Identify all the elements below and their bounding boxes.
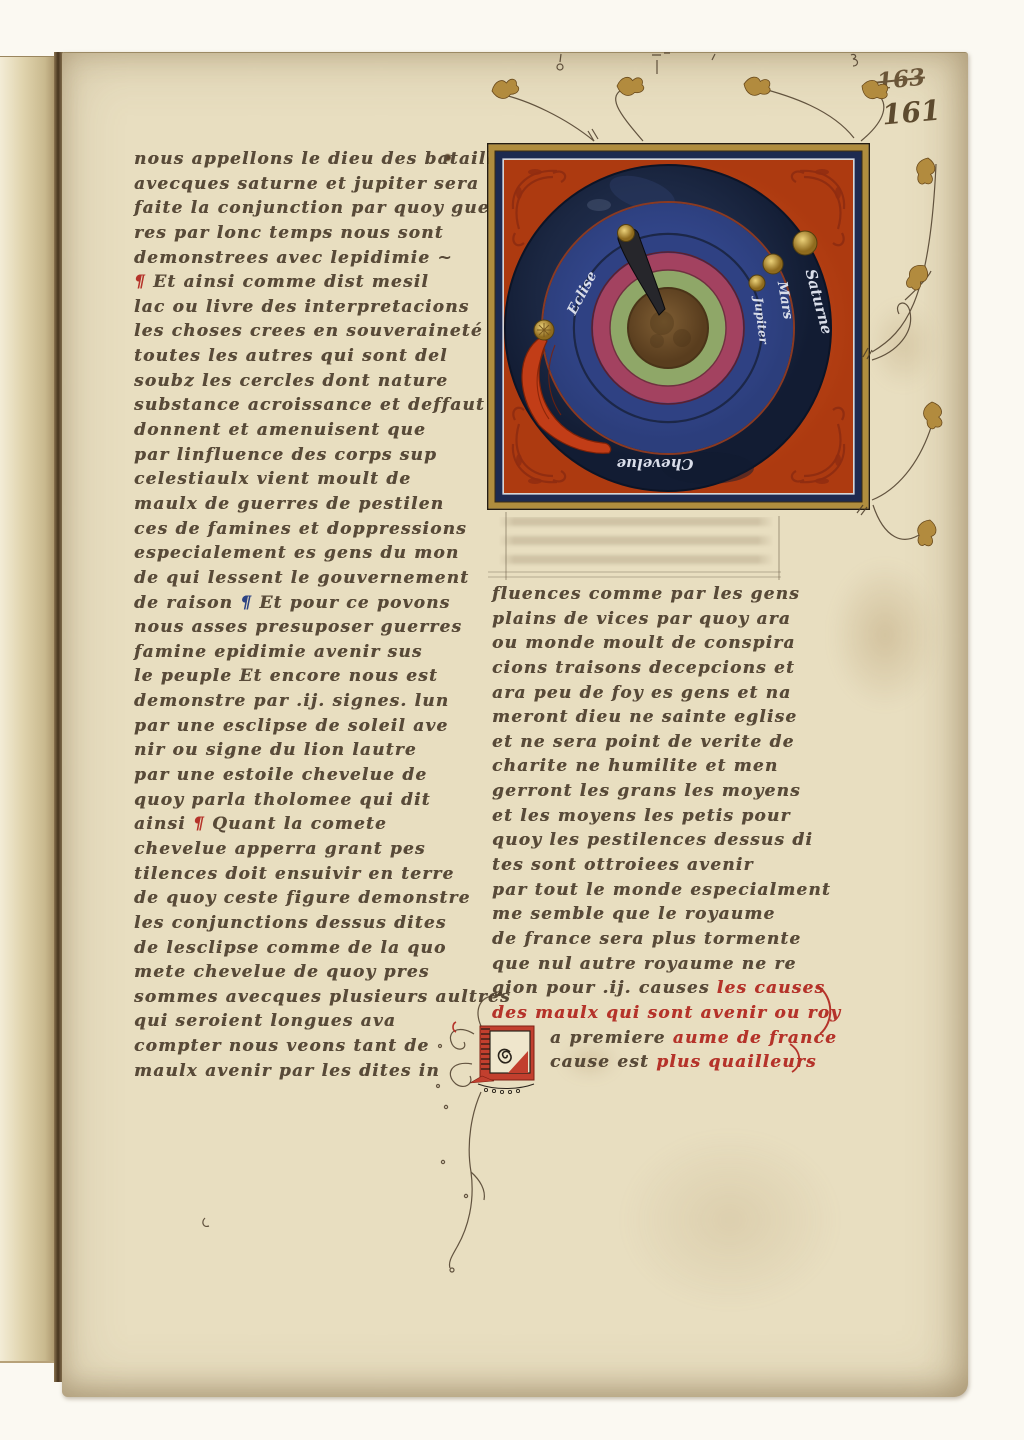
initial-artwork [470, 1020, 550, 1100]
decorated-initial: L [470, 1020, 550, 1100]
text-line: sommes avecques plusieurs aultres [134, 985, 464, 1010]
text-line: meront dieu ne sainte eglise [492, 705, 837, 730]
text-line: de qui lessent le gouvernement [134, 566, 464, 591]
parchment-stain [620, 1130, 840, 1310]
parchment-stain [868, 300, 938, 390]
text-line: nous asses presuposer guerres [134, 615, 464, 640]
text-line: par tout le monde especialment [492, 878, 837, 903]
folio-number: 161 [881, 94, 942, 132]
text-line: tilences doit ensuivir en terre [134, 862, 464, 887]
text-line: toutes les autres qui sont del [134, 344, 464, 369]
eclipse-gold-disc [618, 225, 635, 242]
text-line: lac ou livre des interpretacions [134, 295, 464, 320]
text-line: qui seroient longues ava [134, 1009, 464, 1034]
text-line: plains de vices par quoy ara [492, 607, 837, 632]
text-line: ara peu de foy es gens et na [492, 681, 837, 706]
text-line: faite la conjunction par quoy guer [134, 196, 464, 221]
text-line: par une esclipse de soleil ave [134, 714, 464, 739]
saturn-disc [793, 231, 817, 255]
text-line: nous appellons le dieu des bataill [134, 147, 464, 172]
text-line: chevelue apperra grant pes [134, 837, 464, 862]
text-line: substance acroissance et deffaut [134, 393, 464, 418]
text-line: quoy parla tholomee qui dit [134, 788, 464, 813]
text-line: maulx de guerres de pestilen [134, 492, 464, 517]
jupiter-disc [749, 275, 765, 291]
text-line: avecques saturne et jupiter sera [134, 172, 464, 197]
text-line: de lesclipse comme de la quo [134, 936, 464, 961]
comet-star [534, 320, 554, 340]
miniature-planetary-diagram: Saturne Mars Jupiter Eclise Chevelue [487, 143, 870, 510]
text-line: nir ou signe du lion lautre [134, 738, 464, 763]
text-line: les conjunctions dessus dites [134, 911, 464, 936]
text-line: charite ne humilite et men [492, 754, 837, 779]
text-line: especialement es gens du mon [134, 541, 464, 566]
text-line: par linfluence des corps sup [134, 443, 464, 468]
text-line: res par lonc temps nous sont [134, 221, 464, 246]
bleedthrough-text [498, 517, 774, 573]
text-line: et les moyens les petis pour [492, 804, 837, 829]
text-line: par une estoile chevelue de [134, 763, 464, 788]
text-line: de raison ¶ Et pour ce povons [134, 591, 464, 616]
text-line: de quoy ceste figure demonstre [134, 886, 464, 911]
text-line: gion pour .ij. causes les causes [492, 976, 837, 1001]
text-line: ¶ Et ainsi comme dist mesil [134, 270, 464, 295]
text-line: les choses crees en souveraineté [134, 319, 464, 344]
text-line: maulx avenir par les dites in [134, 1059, 464, 1084]
text-line: tes sont ottroiees avenir [492, 853, 837, 878]
text-line: que nul autre royaume ne re [492, 952, 837, 977]
folio-number-crossed: 163 [876, 64, 927, 96]
text-line: compter nous veons tant de [134, 1034, 464, 1059]
text-line: soubz les cercles dont nature [134, 369, 464, 394]
text-line: donnent et amenuisent que [134, 418, 464, 443]
text-line: famine epidimie avenir sus [134, 640, 464, 665]
left-text-column: nous appellons le dieu des bataillavecqu… [134, 147, 464, 1083]
text-line: ces de famines et doppressions [134, 517, 464, 542]
parchment-stain [830, 560, 940, 710]
text-line: celestiaulx vient moult de [134, 467, 464, 492]
comet-label: Chevelue [617, 455, 694, 473]
mars-disc [763, 254, 783, 274]
previous-page-edge [0, 56, 56, 1363]
text-line: et ne sera point de verite de [492, 730, 837, 755]
text-line: cions traisons decepcions et [492, 656, 837, 681]
text-line: ou monde moult de conspira [492, 631, 837, 656]
text-line: ainsi ¶ Quant la comete [134, 812, 464, 837]
text-line: de france sera plus tormente [492, 927, 837, 952]
text-line: mete chevelue de quoy pres [134, 960, 464, 985]
text-line: demonstre par .ij. signes. lun [134, 689, 464, 714]
right-text-column: fluences comme par les gensplains de vic… [492, 582, 837, 1075]
text-line: fluences comme par les gens [492, 582, 837, 607]
text-line: le peuple Et encore nous est [134, 664, 464, 689]
text-line: gerront les grans les moyens [492, 779, 837, 804]
text-line: demonstrees avec lepidimie ~ [134, 246, 464, 271]
text-line: quoy les pestilences dessus di [492, 828, 837, 853]
text-line: me semble que le royaume [492, 902, 837, 927]
